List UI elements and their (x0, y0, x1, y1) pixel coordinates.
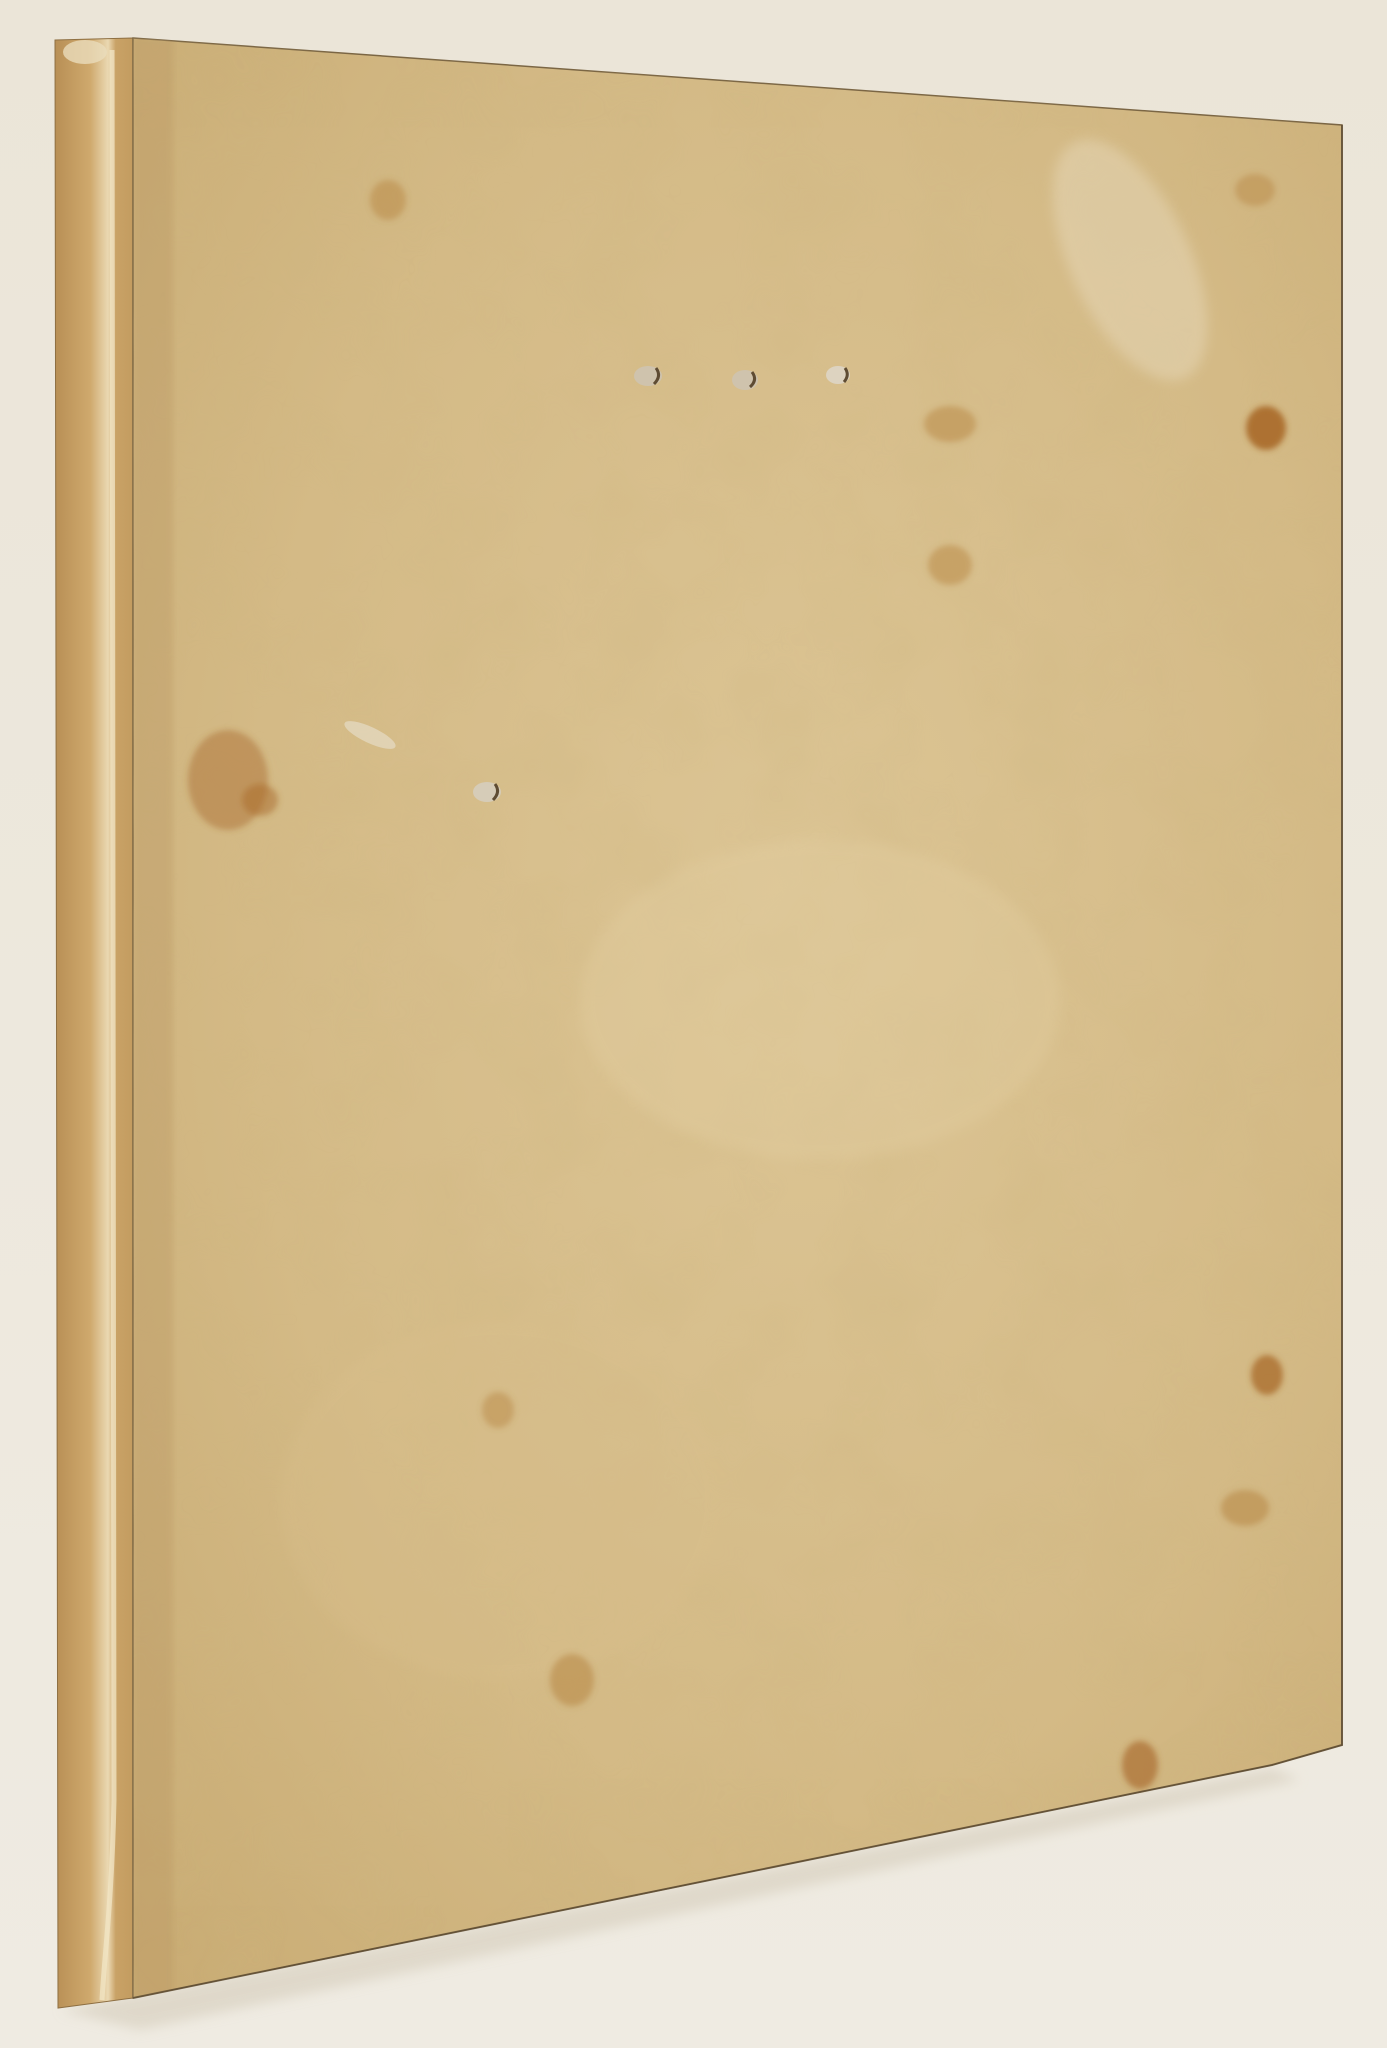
stain (1235, 174, 1275, 206)
wormhole (634, 366, 662, 386)
stain (924, 406, 976, 442)
wormhole (826, 366, 850, 384)
stain (1221, 1490, 1269, 1526)
stain (1251, 1355, 1283, 1395)
wormhole (732, 370, 758, 390)
book-spine (55, 38, 133, 2008)
wormhole (473, 782, 501, 802)
stain (1122, 1741, 1158, 1789)
stain (1246, 406, 1286, 450)
stain (928, 545, 972, 585)
stain (550, 1654, 594, 1706)
cover-texture (133, 38, 1343, 1998)
stain (242, 784, 278, 816)
stain (370, 180, 406, 220)
book-photo: Antique limp vellum binding, blank front… (0, 0, 1387, 2048)
spine-headcap (63, 40, 107, 64)
stain (482, 1392, 514, 1428)
book-illustration (0, 0, 1387, 2048)
